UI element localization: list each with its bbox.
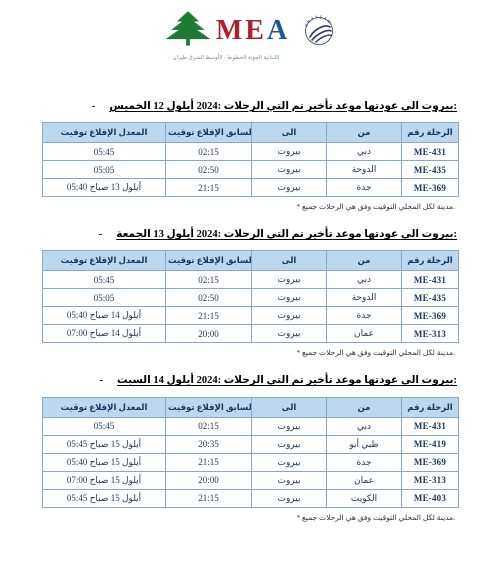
section-title-text: الجمعة 13 أيلول 2024: الرحلات التي تم تأ… [116,229,457,240]
table-row: 05:45 صباح 15 أيلول21:15بيروتالكويتME-40… [43,489,459,507]
cell-modified: 05:45 [43,417,166,435]
cell-flight: ME-431 [402,417,459,435]
column-modified-time: توقيت الإقلاع المعدل [43,123,166,143]
flights-table: توقيت الإقلاع المعدل توقيت الإقلاع الساب… [42,122,459,197]
column-from: من [327,123,402,143]
table-row: 05:0502:50بيروتالدوحةME-435 [43,161,459,179]
cell-flight: ME-313 [402,325,459,343]
flights-table: توقيت الإقلاع المعدل توقيت الإقلاع الساب… [42,250,459,343]
cell-to: بيروت [252,471,327,489]
table-row: 05:40 صباح 13 أيلول21:15بيروتجدةME-369 [43,179,459,197]
cell-modified: 05:40 صباح 14 أيلول [43,307,166,325]
cell-flight: ME-369 [402,179,459,197]
section-title: -الجمعة 13 أيلول 2024: الرحلات التي تم ت… [0,228,500,242]
cell-modified: 07:00 صباح 15 أيلول [43,471,166,489]
table-row: 05:40 صباح 14 أيلول21:15بيروتجدةME-369 [43,307,459,325]
column-modified-time: توقيت الإقلاع المعدل [43,397,166,417]
cell-modified: 07:00 صباح 14 أيلول [43,325,166,343]
mea-letter-a: A [267,15,290,46]
cell-to: بيروت [252,307,327,325]
footnote: * جميع الرحلات هي وفق التوقيت المحلي لكل… [0,348,500,357]
cell-flight: ME-431 [402,271,459,289]
table-row: 05:45 صباح 15 أيلول20:35بيروتأبو ظبيME-4… [43,435,459,453]
cell-modified: 05:45 صباح 15 أيلول [43,489,166,507]
cell-from: الدوحة [327,289,402,307]
cell-flight: ME-403 [402,489,459,507]
cell-from: جدة [327,179,402,197]
column-from: من [327,251,402,271]
cell-flight: ME-369 [402,307,459,325]
cell-previous: 02:15 [166,271,252,289]
cell-modified: 05:45 [43,143,166,161]
cell-to: بيروت [252,289,327,307]
cell-flight: ME-435 [402,161,459,179]
footnote: * جميع الرحلات هي وفق التوقيت المحلي لكل… [0,202,500,211]
header-logo: MEA طيران الشرق الأوسط - الخطوط الجوية ا… [0,0,500,60]
cell-to: بيروت [252,417,327,435]
column-flight-number: رقم الرحلة [402,397,459,417]
cell-to: بيروت [252,179,327,197]
cell-from: أبو ظبي [327,435,402,453]
mea-letters-me: ME [216,15,267,46]
cell-previous: 20:00 [166,471,252,489]
cell-flight: ME-419 [402,435,459,453]
table-row: 05:40 صباح 15 أيلول21:15بيروتجدةME-369 [43,453,459,471]
document-page: MEA طيران الشرق الأوسط - الخطوط الجوية ا… [0,0,500,580]
cell-flight: ME-431 [402,143,459,161]
flight-day-section: -الخميس 12 أيلول 2024: الرحلات التي تم ت… [0,100,500,211]
cell-to: بيروت [252,161,327,179]
table-header-row: توقيت الإقلاع المعدل توقيت الإقلاع الساب… [43,251,459,271]
cell-previous: 20:35 [166,435,252,453]
section-title-text: السبت 14 أيلول 2024: الرحلات التي تم تأخ… [117,375,457,386]
cell-flight: ME-313 [402,471,459,489]
section-title-text: الخميس 12 أيلول 2024: الرحلات التي تم تأ… [109,101,457,112]
cell-modified: 05:45 [43,271,166,289]
table-row: 05:4502:15بيروتدبيME-431 [43,271,459,289]
column-previous-time: توقيت الإقلاع السابق [166,397,252,417]
column-flight-number: رقم الرحلة [402,251,459,271]
cell-from: دبي [327,143,402,161]
column-to: الى [252,397,327,417]
cell-to: بيروت [252,435,327,453]
table-row: 05:0502:50بيروتالدوحةME-435 [43,289,459,307]
cell-to: بيروت [252,271,327,289]
flights-table: توقيت الإقلاع المعدل توقيت الإقلاع الساب… [42,397,459,508]
flight-day-section: -السبت 14 أيلول 2024: الرحلات التي تم تأ… [0,374,500,521]
cell-to: بيروت [252,325,327,343]
column-flight-number: رقم الرحلة [402,123,459,143]
cell-to: بيروت [252,143,327,161]
cell-from: الدوحة [327,161,402,179]
cell-from: دبي [327,417,402,435]
cell-modified: 05:40 صباح 13 أيلول [43,179,166,197]
cell-from: جدة [327,453,402,471]
table-header-row: توقيت الإقلاع المعدل توقيت الإقلاع الساب… [43,397,459,417]
cell-modified: 05:05 [43,289,166,307]
cell-modified: 05:40 صباح 15 أيلول [43,453,166,471]
section-title: -السبت 14 أيلول 2024: الرحلات التي تم تأ… [0,374,500,388]
column-from: من [327,397,402,417]
cell-to: بيروت [252,489,327,507]
column-modified-time: توقيت الإقلاع المعدل [43,251,166,271]
cell-flight: ME-369 [402,453,459,471]
mea-wordmark: MEA [216,17,290,45]
cell-previous: 21:15 [166,453,252,471]
cell-previous: 02:15 [166,143,252,161]
footnote: * جميع الرحلات هي وفق التوقيت المحلي لكل… [0,513,500,522]
column-previous-time: توقيت الإقلاع السابق [166,251,252,271]
cell-from: عمان [327,325,402,343]
cell-to: بيروت [252,453,327,471]
cell-previous: 21:15 [166,307,252,325]
table-row: 07:00 صباح 15 أيلول20:00بيروتعمانME-313 [43,471,459,489]
flight-sections: -الخميس 12 أيلول 2024: الرحلات التي تم ت… [0,100,500,522]
cell-from: عمان [327,471,402,489]
skyteam-logo-icon: SKYTEAM [300,11,338,54]
cell-from: دبي [327,271,402,289]
list-dash: - [100,375,104,386]
cell-flight: ME-435 [402,289,459,307]
section-title: -الخميس 12 أيلول 2024: الرحلات التي تم ت… [0,100,500,114]
table-header-row: توقيت الإقلاع المعدل توقيت الإقلاع الساب… [43,123,459,143]
column-to: الى [252,251,327,271]
list-dash: - [99,229,103,240]
column-to: الى [252,123,327,143]
cell-previous: 02:50 [166,161,252,179]
cell-from: جدة [327,307,402,325]
cell-previous: 02:15 [166,417,252,435]
cedar-tree-icon [162,8,214,53]
column-previous-time: توقيت الإقلاع السابق [166,123,252,143]
airline-tagline: طيران الشرق الأوسط - الخطوط الجوية اللبن… [162,55,290,61]
cell-modified: 05:45 صباح 15 أيلول [43,435,166,453]
cell-previous: 21:15 [166,179,252,197]
cell-modified: 05:05 [43,161,166,179]
cell-from: الكويت [327,489,402,507]
table-row: 05:4502:15بيروتدبيME-431 [43,143,459,161]
flight-day-section: -الجمعة 13 أيلول 2024: الرحلات التي تم ت… [0,228,500,357]
table-row: 07:00 صباح 14 أيلول20:00بيروتعمانME-313 [43,325,459,343]
list-dash: - [92,101,96,112]
cell-previous: 02:50 [166,289,252,307]
cell-previous: 20:00 [166,325,252,343]
cell-previous: 21:15 [166,489,252,507]
mea-logo: MEA طيران الشرق الأوسط - الخطوط الجوية ا… [162,8,290,61]
table-row: 05:4502:15بيروتدبيME-431 [43,417,459,435]
